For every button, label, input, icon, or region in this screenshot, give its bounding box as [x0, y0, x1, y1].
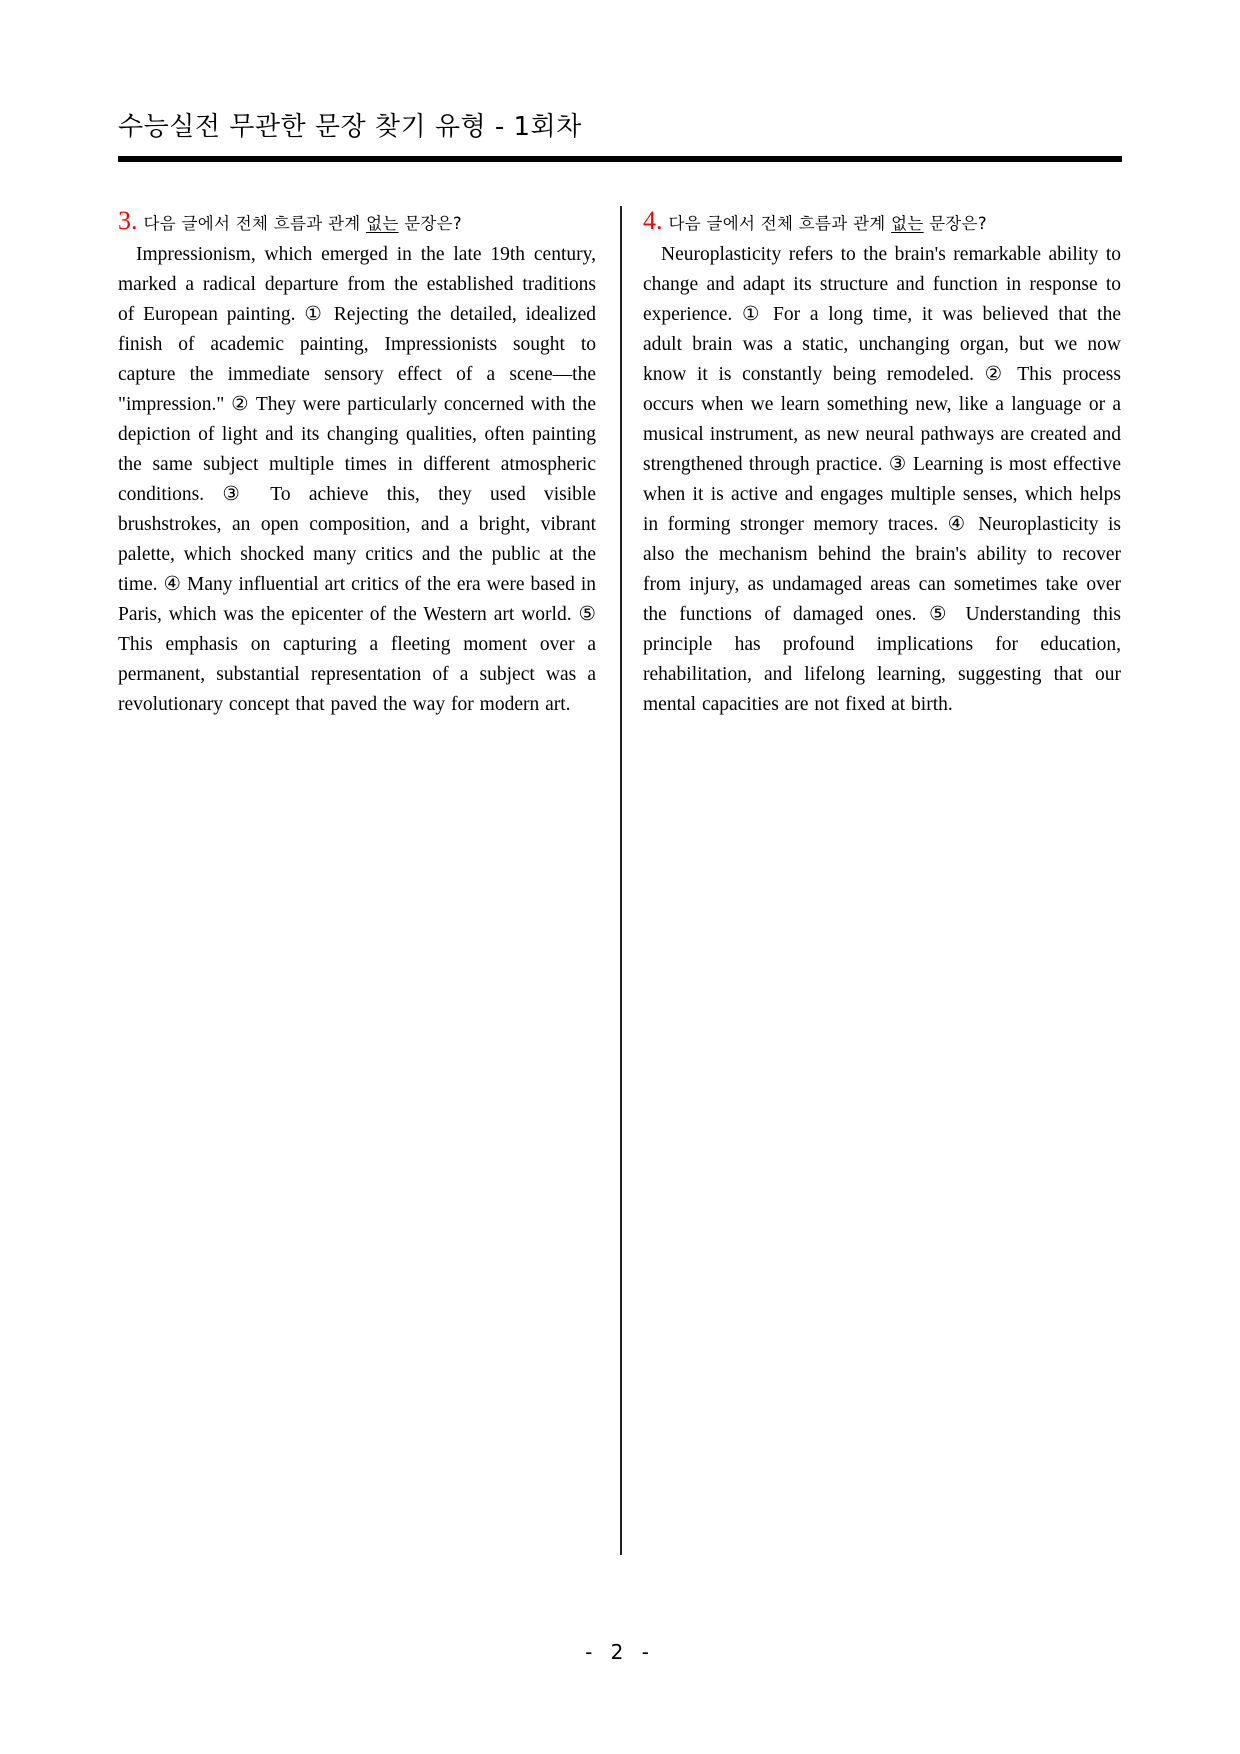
page-number: - 2 -	[0, 1640, 1240, 1664]
question-3: 3.다음 글에서 전체 흐름과 관계 없는 문장은? Impressionism…	[118, 204, 596, 720]
question-passage: Neuroplasticity refers to the brain's re…	[643, 240, 1121, 720]
question-prompt: 다음 글에서 전체 흐름과 관계 없는 문장은?	[144, 214, 462, 233]
title-rule	[118, 156, 1122, 162]
column-divider	[620, 206, 622, 1555]
question-number: 4.	[643, 206, 663, 235]
prompt-underlined: 없는	[366, 214, 398, 233]
prompt-text: 다음 글에서 전체 흐름과 관계	[144, 214, 367, 233]
question-passage: Impressionism, which emerged in the late…	[118, 240, 596, 720]
prompt-underlined: 없는	[891, 214, 923, 233]
question-4: 4.다음 글에서 전체 흐름과 관계 없는 문장은? Neuroplastici…	[643, 204, 1121, 720]
question-header: 3.다음 글에서 전체 흐름과 관계 없는 문장은?	[118, 204, 596, 238]
prompt-text-end: 문장은?	[924, 214, 987, 233]
question-prompt: 다음 글에서 전체 흐름과 관계 없는 문장은?	[669, 214, 987, 233]
prompt-text: 다음 글에서 전체 흐름과 관계	[669, 214, 892, 233]
prompt-text-end: 문장은?	[399, 214, 462, 233]
question-header: 4.다음 글에서 전체 흐름과 관계 없는 문장은?	[643, 204, 1121, 238]
question-number: 3.	[118, 206, 138, 235]
page-title: 수능실전 무관한 문장 찾기 유형 - 1회차	[118, 112, 582, 142]
